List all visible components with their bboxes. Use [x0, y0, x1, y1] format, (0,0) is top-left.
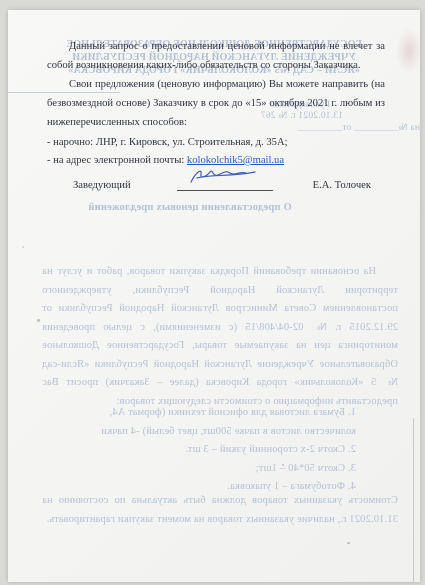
paper-sheet: ГОСУДАРСТВЕННОЕ ДОШКОЛЬНОЕ ОБРАЗОВАТЕЛЬН…: [8, 10, 420, 582]
bleed-items-list: 1. Бумага листовая для офисной техники (…: [58, 404, 380, 497]
scan-speck: [282, 464, 284, 466]
bleed-item-1: 1. Бумага листовая для офисной техники (…: [58, 404, 380, 441]
page-edge-line: [413, 418, 414, 582]
handwritten-signature-icon: [185, 164, 267, 188]
bleed-subject-title: О предоставлении ценовых предложений: [83, 202, 297, 213]
scan-smudge: [396, 28, 422, 74]
scanned-page-background: ГОСУДАРСТВЕННОЕ ДОШКОЛЬНОЕ ОБРАЗОВАТЕЛЬН…: [0, 0, 425, 585]
bleed-footer-paragraph: Стоимость указанных товаров должна быть …: [42, 492, 398, 529]
bleed-body-paragraph: На основании требований Порядка закупки …: [42, 263, 398, 411]
signer-name: Е.А. Толочек: [313, 180, 371, 191]
paragraph-submission: Свои предложения (ценовую информацию) Вы…: [47, 75, 385, 132]
delivery-in-person-line: - нарочно: ЛНР, г. Кировск, ул. Строител…: [47, 135, 385, 150]
signature-line: [177, 176, 273, 191]
paragraph-disclaimer: Данный запрос о предоставлении ценовой и…: [47, 37, 385, 75]
signer-position-title: Заведующий: [73, 180, 131, 191]
scan-speck: [22, 246, 24, 248]
scan-speck: [347, 542, 350, 544]
bleed-item-4: 4. Фотобумага – 1 упаковка.: [58, 478, 380, 497]
bleed-item-3: 3. Скотч 50*40 – 1шт;: [58, 460, 380, 479]
scan-speck: [37, 319, 40, 322]
letter-body: Данный запрос о предоставлении ценовой и…: [47, 37, 385, 168]
signature-row: Заведующий Е.А. Толочек: [47, 176, 385, 191]
delivery-email-label: - на адрес электронной почты:: [47, 155, 187, 166]
bleed-item-2: 2. Скотч 2-х сторонний узкий – 3 шт.: [58, 441, 380, 460]
